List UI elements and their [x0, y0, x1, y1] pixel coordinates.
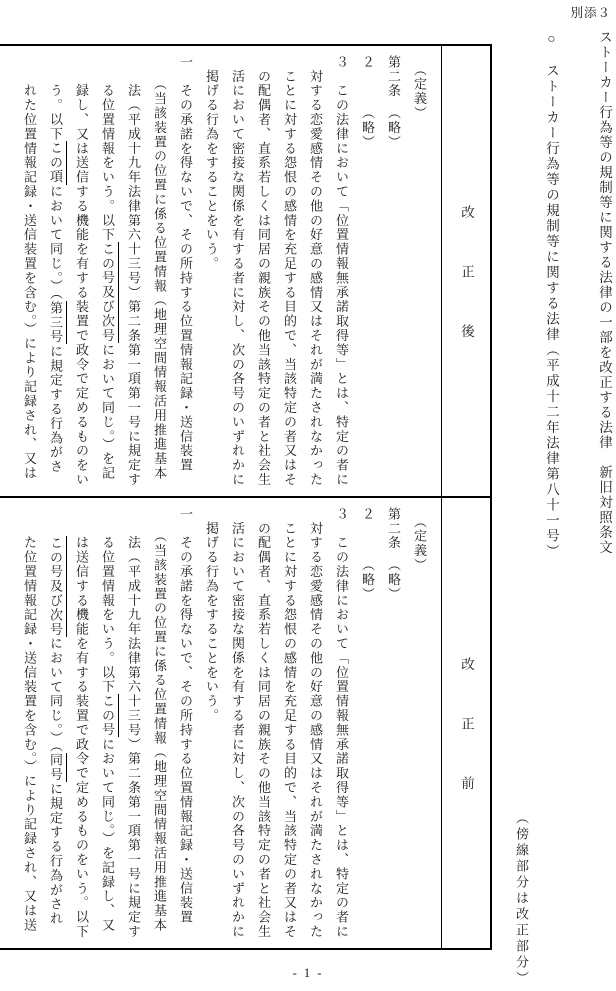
text-column: 一 その承諾を得ないで、その所持する位置情報記録・送信装置: [172, 507, 198, 948]
text-segment: 録し、又は送信する機能を有する装置で政令で定めるものをい: [74, 55, 89, 487]
text-segment: ことに対する怨恨の感情を充足する目的で、当該特定の者又はそ: [282, 55, 297, 487]
attachment-label: 別添３: [570, 3, 611, 21]
text-segment: において同じ。）（: [48, 637, 63, 754]
text-column: ２ （略）: [354, 507, 380, 948]
text-column: た位置情報記録・送信装置を含む。）により記録され、又は送: [16, 507, 42, 948]
text-segment: う。以下: [48, 55, 63, 141]
text-column: 法（平成十九年法律第六十三号）第二条第一項第一号に規定す: [120, 55, 146, 496]
text-segment: において同じ。）を記: [100, 343, 115, 481]
before-revision-header: 改正前: [441, 498, 490, 948]
before-revision-text: （定義）第二条 （略）２ （略）３ この法律において「位置情報無承諾取得等」とは…: [0, 498, 441, 948]
text-segment: （当該装置の位置に係る位置情報（地理空間情報活用推進基本: [152, 507, 167, 933]
text-column: （定義）: [406, 55, 432, 496]
text-segment: れた位置情報記録・送信装置を含む。）により記録され、又は: [22, 55, 37, 481]
text-column: 掲げる行為をすることをいう。: [198, 507, 224, 948]
text-column: の配偶者、直系若しくは同居の親族その他当該特定の者と社会生: [250, 55, 276, 496]
text-segment: 一 その承諾を得ないで、その所持する位置情報記録・送信装置: [178, 507, 193, 925]
comparison-table: （定義）第二条 （略）２ （略）３ この法律において「位置情報無承諾取得等」とは…: [0, 44, 492, 950]
text-column: は送信する機能を有する装置で政令で定めるものをいう。以下: [68, 507, 94, 948]
text-column: 一 その承諾を得ないで、その所持する位置情報記録・送信装置: [172, 55, 198, 496]
text-column: この号及び次号において同じ。）（同号に規定する行為がされ: [42, 507, 68, 948]
text-segment: 活において密接な関係を有する者に対し、次の各号のいずれかに: [230, 55, 245, 487]
text-segment: 対する恋愛感情その他の好意の感情又はそれが満たされなかった: [308, 55, 323, 487]
text-column: ２ （略）: [354, 55, 380, 496]
text-column: 対する恋愛感情その他の好意の感情又はそれが満たされなかった: [302, 507, 328, 948]
text-segment: において同じ。）（: [48, 185, 63, 302]
text-column: 対する恋愛感情その他の好意の感情又はそれが満たされなかった: [302, 55, 328, 496]
underlined-revision-text: この項: [48, 141, 67, 184]
text-column: 活において密接な関係を有する者に対し、次の各号のいずれかに: [224, 507, 250, 948]
text-segment: の配偶者、直系若しくは同居の親族その他当該特定の者と社会生: [256, 55, 271, 487]
underlined-revision-text: この号: [100, 694, 119, 737]
text-segment: の配偶者、直系若しくは同居の親族その他当該特定の者と社会生: [256, 507, 271, 939]
text-segment: 掲げる行為をすることをいう。: [204, 507, 219, 723]
revision-note: （傍線部分は改正部分）: [512, 811, 531, 987]
after-revision-header: 改正後: [441, 46, 490, 496]
doc-title: ストーカー行為等の規制等に関する法律の一部を改正する法律 新旧対照条文: [594, 30, 614, 555]
page-number: - 1 -: [0, 966, 616, 981]
after-revision-text: （定義）第二条 （略）２ （略）３ この法律において「位置情報無承諾取得等」とは…: [0, 46, 441, 496]
underlined-revision-text: 同号: [48, 753, 67, 782]
text-column: ３ この法律において「位置情報無承諾取得等」とは、特定の者に: [328, 55, 354, 496]
text-column: ことに対する怨恨の感情を充足する目的で、当該特定の者又はそ: [276, 507, 302, 948]
row-before: （定義）第二条 （略）２ （略）３ この法律において「位置情報無承諾取得等」とは…: [0, 498, 490, 948]
text-segment: ことに対する怨恨の感情を充足する目的で、当該特定の者又はそ: [282, 507, 297, 939]
after-revision-header-label: 改正後: [456, 205, 476, 384]
text-column: う。以下この項において同じ。）（第三号に規定する行為がさ: [42, 55, 68, 496]
text-column: 第二条 （略）: [380, 507, 406, 948]
text-column: れた位置情報記録・送信装置を含む。）により記録され、又は: [16, 55, 42, 496]
text-segment: に規定する行為がさ: [48, 344, 63, 474]
text-column: 法（平成十九年法律第六十三号）第二条第一項第一号に規定す: [120, 507, 146, 948]
text-column: 第二条 （略）: [380, 55, 406, 496]
text-segment: ３ この法律において「位置情報無承諾取得等」とは、特定の者に: [334, 55, 349, 487]
text-segment: に規定する行為がされ: [48, 782, 63, 926]
text-column: 活において密接な関係を有する者に対し、次の各号のいずれかに: [224, 55, 250, 496]
text-column: ことに対する怨恨の感情を充足する目的で、当該特定の者又はそ: [276, 55, 302, 496]
text-segment: （定義）: [412, 55, 427, 121]
text-column: 録し、又は送信する機能を有する装置で政令で定めるものをい: [68, 55, 94, 496]
text-segment: 対する恋愛感情その他の好意の感情又はそれが満たされなかった: [308, 507, 323, 939]
text-column: る位置情報をいう。以下この号及び次号において同じ。）を記: [94, 55, 120, 496]
text-segment: ２ （略）: [360, 55, 375, 149]
text-column: （定義）: [406, 507, 432, 948]
text-segment: 法（平成十九年法律第六十三号）第二条第一項第一号に規定す: [126, 55, 141, 487]
text-column: （当該装置の位置に係る位置情報（地理空間情報活用推進基本: [146, 507, 172, 948]
text-segment: 第二条 （略）: [386, 55, 401, 149]
text-segment: る位置情報をいう。以下: [100, 55, 115, 242]
row-after: （定義）第二条 （略）２ （略）３ この法律において「位置情報無承諾取得等」とは…: [0, 46, 490, 498]
text-column: の配偶者、直系若しくは同居の親族その他当該特定の者と社会生: [250, 507, 276, 948]
text-segment: 活において密接な関係を有する者に対し、次の各号のいずれかに: [230, 507, 245, 939]
text-segment: ３ この法律において「位置情報無承諾取得等」とは、特定の者に: [334, 507, 349, 939]
text-segment: る位置情報をいう。以下: [100, 507, 115, 694]
before-revision-header-label: 改正前: [456, 657, 476, 836]
underlined-revision-text: この号及び次号: [100, 242, 119, 343]
text-segment: 一 その承諾を得ないで、その所持する位置情報記録・送信装置: [178, 55, 193, 473]
text-segment: ２ （略）: [360, 507, 375, 601]
text-column: る位置情報をいう。以下この号において同じ。）を記録し、又: [94, 507, 120, 948]
text-column: （当該装置の位置に係る位置情報（地理空間情報活用推進基本: [146, 55, 172, 496]
underlined-revision-text: この号及び次号: [48, 536, 67, 637]
underlined-revision-text: 第三号: [48, 301, 67, 344]
text-column: ３ この法律において「位置情報無承諾取得等」とは、特定の者に: [328, 507, 354, 948]
text-segment: [48, 507, 63, 536]
text-segment: た位置情報記録・送信装置を含む。）により記録され、又は送: [22, 507, 37, 933]
text-segment: （当該装置の位置に係る位置情報（地理空間情報活用推進基本: [152, 55, 167, 481]
text-segment: は送信する機能を有する装置で政令で定めるものをいう。以下: [74, 507, 89, 939]
law-heading: ○ ストーカー行為等の規制等に関する法律（平成十二年法律第八十一号）: [541, 31, 561, 560]
text-column: 掲げる行為をすることをいう。: [198, 55, 224, 496]
document-page: 別添３ ストーカー行為等の規制等に関する法律の一部を改正する法律 新旧対照条文 …: [0, 0, 616, 991]
text-segment: において同じ。）を記録し、又: [100, 737, 115, 932]
text-segment: 第二条 （略）: [386, 507, 401, 601]
text-segment: 法（平成十九年法律第六十三号）第二条第一項第一号に規定す: [126, 507, 141, 939]
text-segment: （定義）: [412, 507, 427, 573]
text-segment: 掲げる行為をすることをいう。: [204, 55, 219, 271]
